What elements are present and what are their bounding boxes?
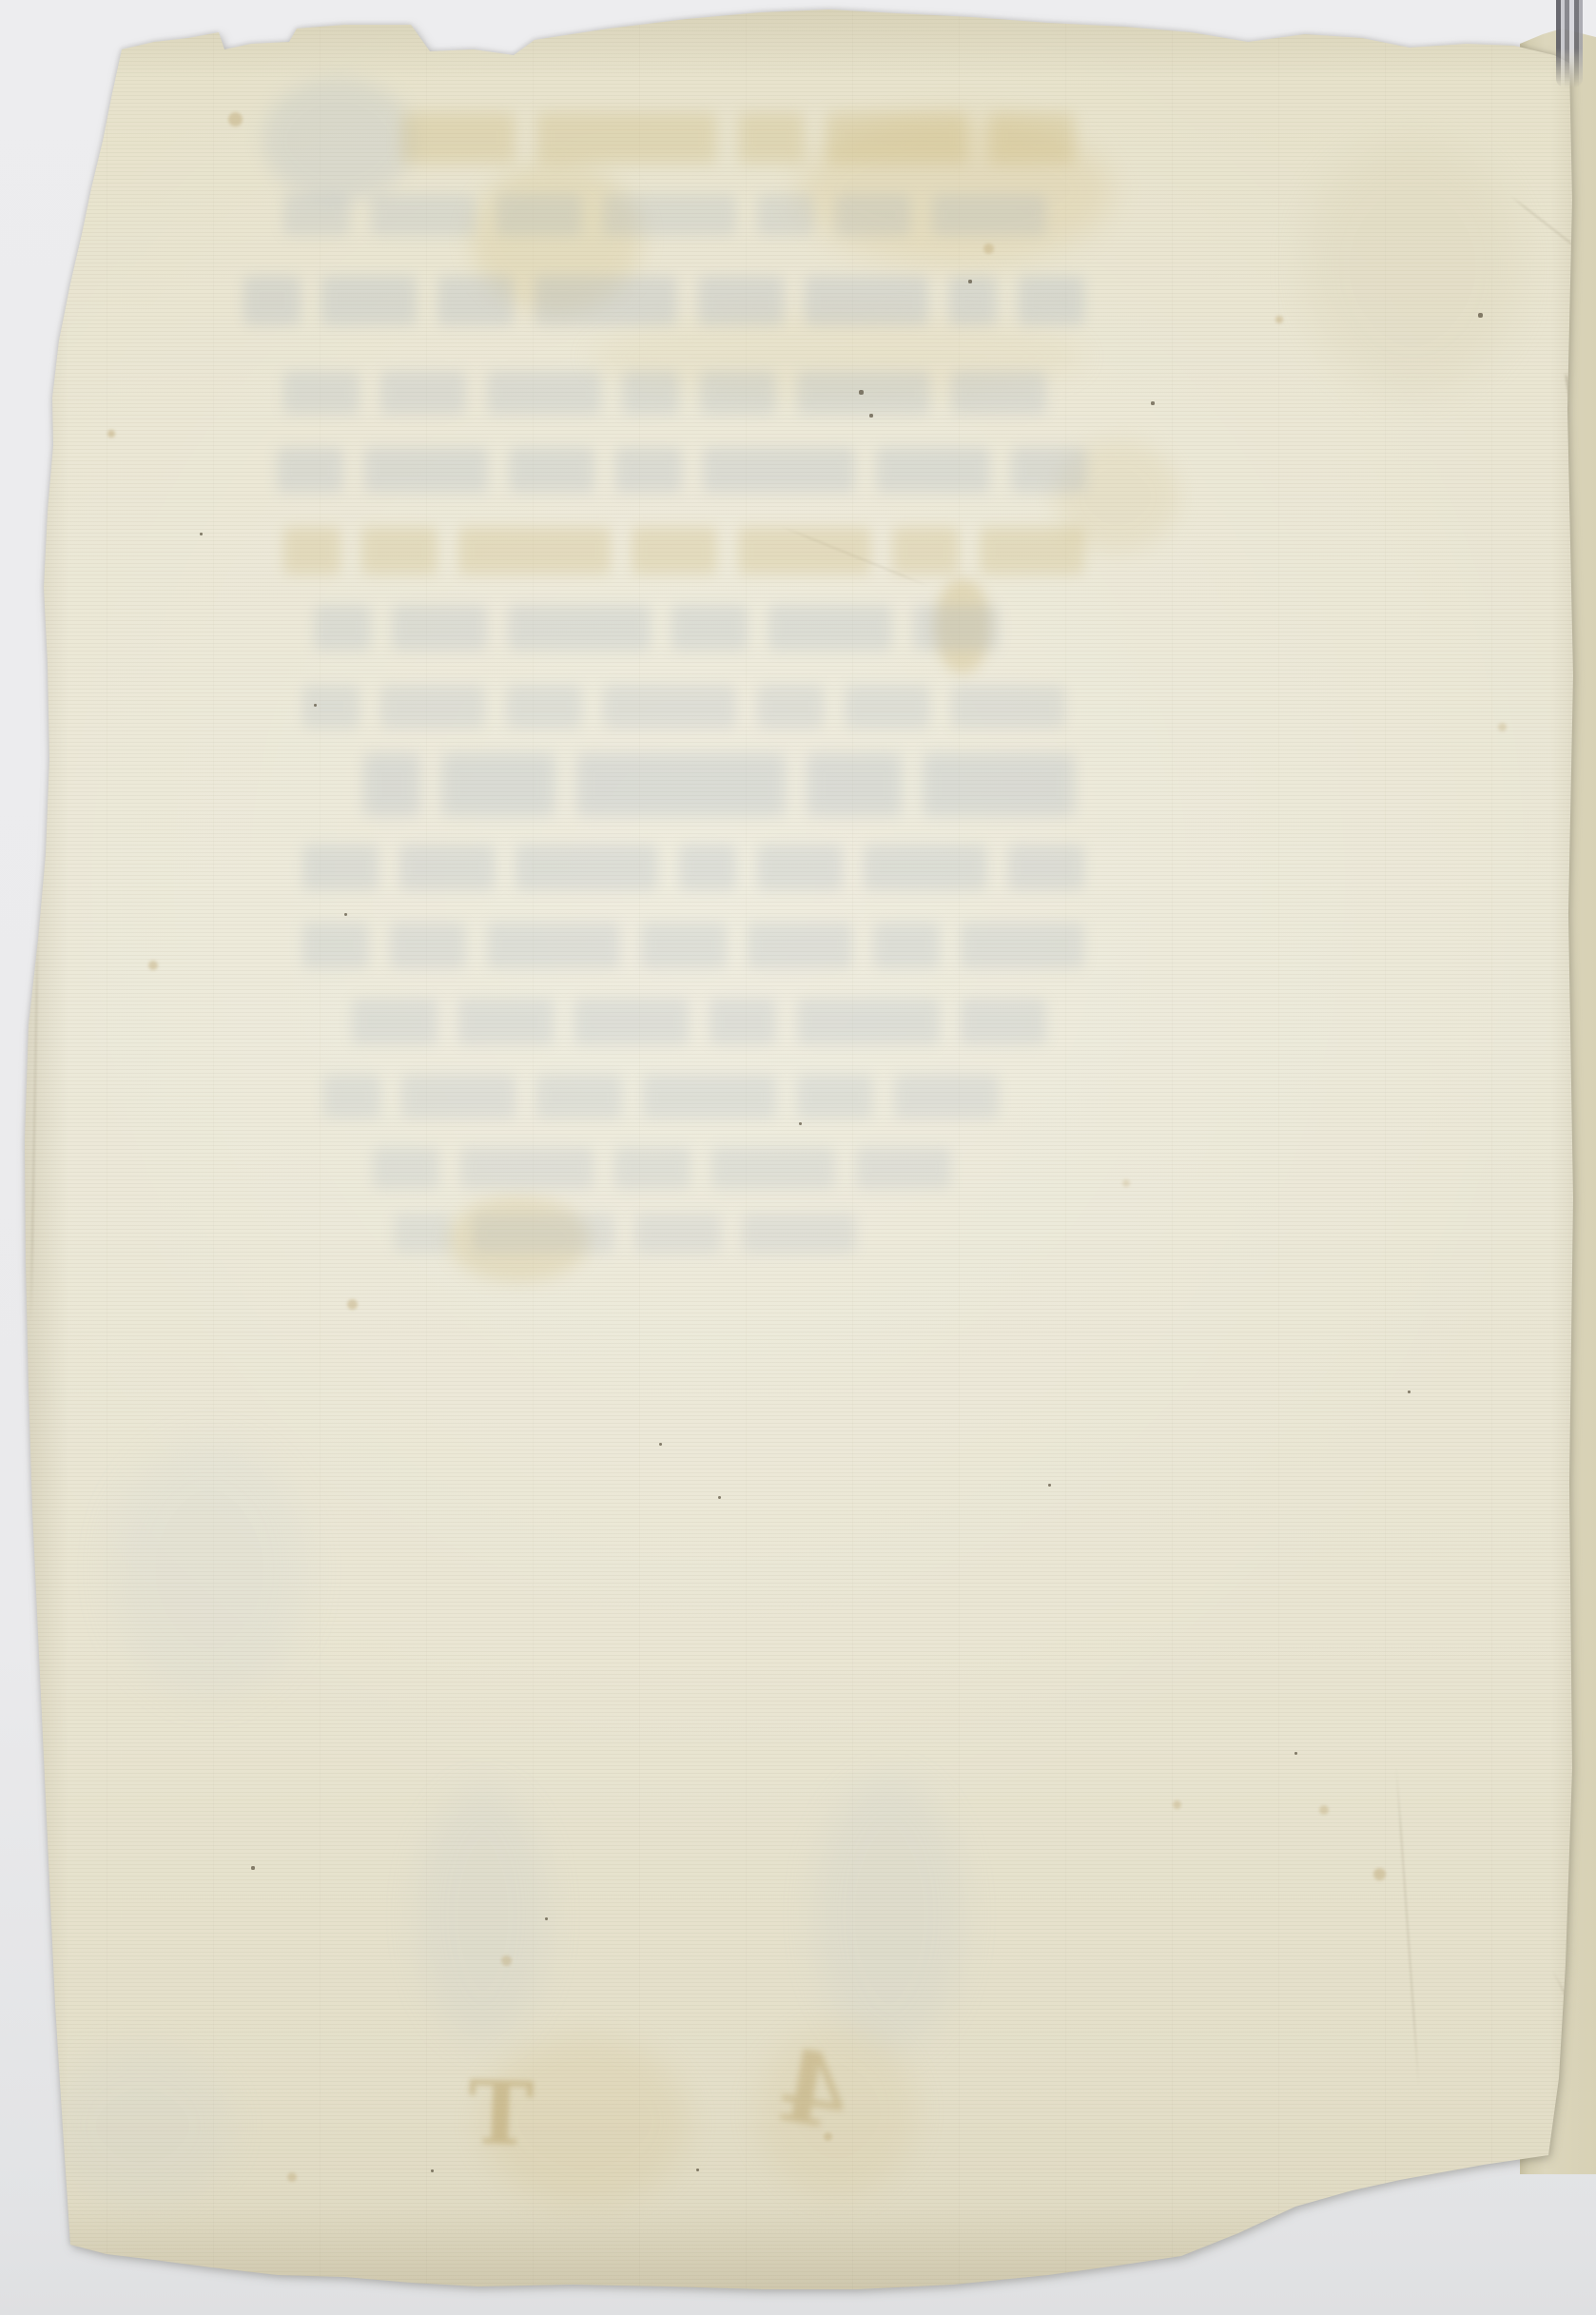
page-shadow: T 4: [0, 0, 1596, 2315]
manuscript-blank-verso-page: T 4: [0, 0, 1596, 2315]
scanner-background: T 4: [0, 0, 1596, 2315]
binding-clip-icon: [1556, 0, 1583, 88]
